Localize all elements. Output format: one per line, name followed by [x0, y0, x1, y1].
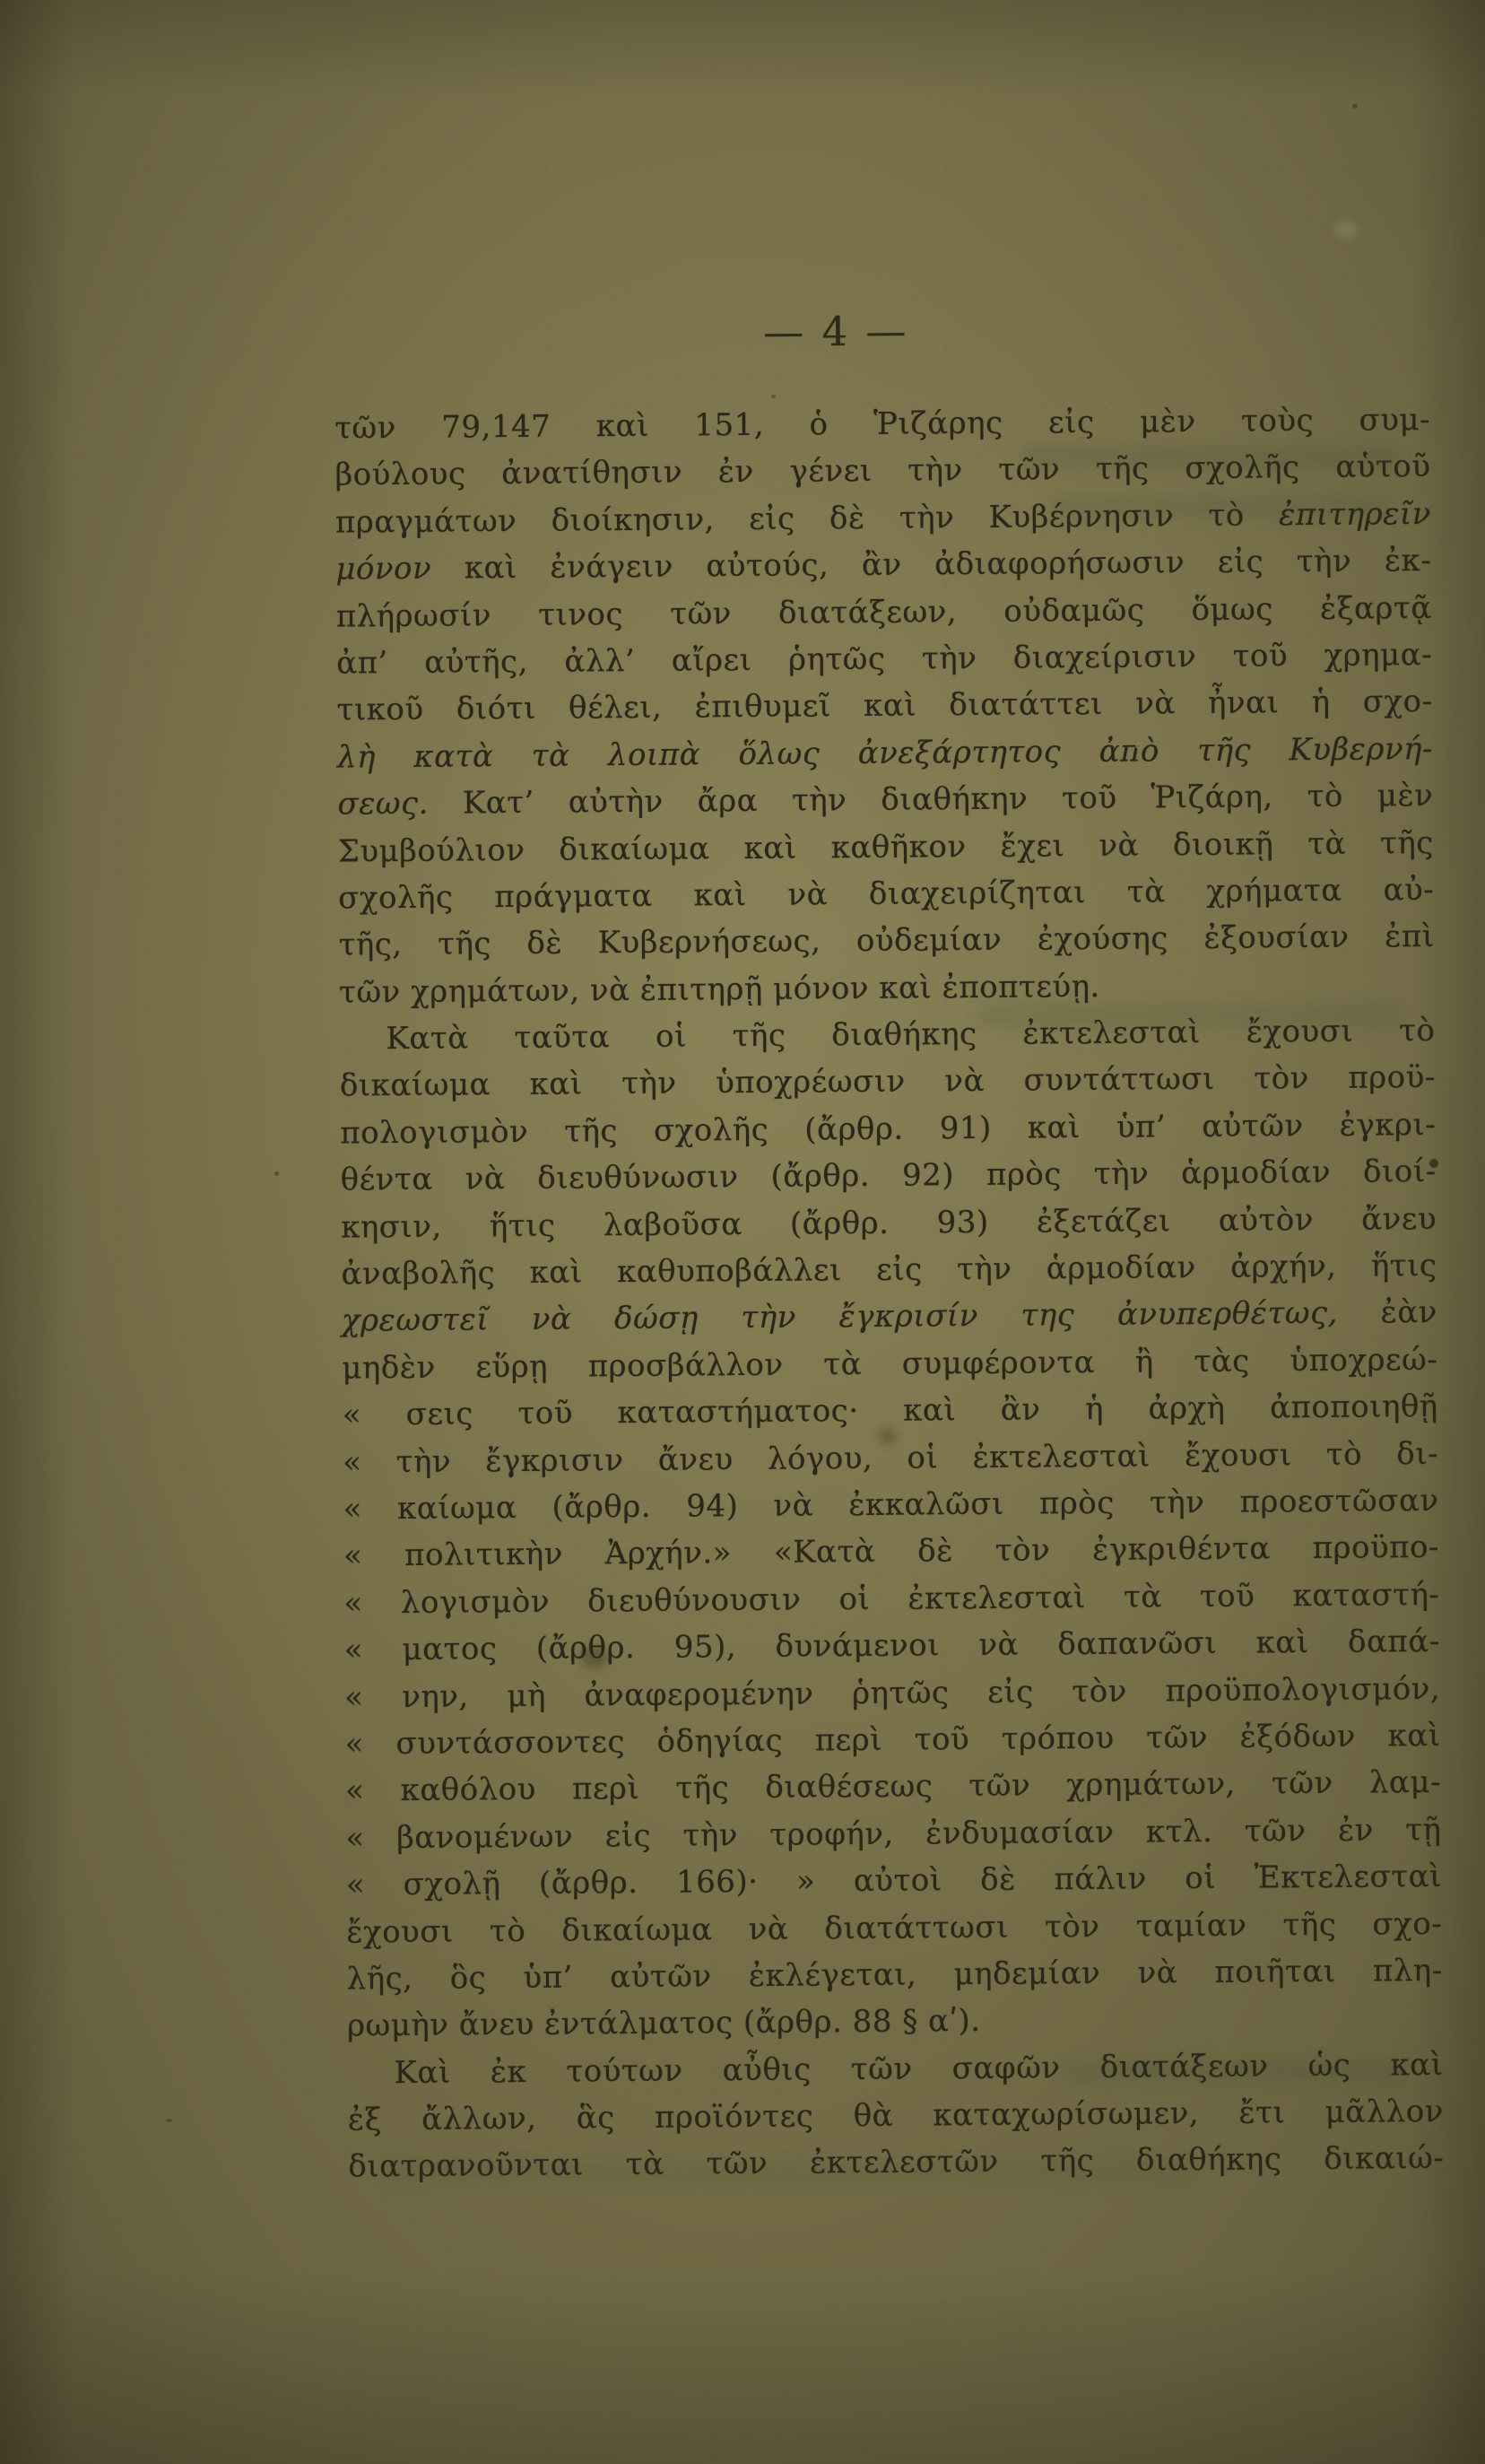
text-segment: ρωμὴν ἄνευ ἐντάλματος (ἄρθρ. 88 § αʹ). [347, 2003, 981, 2044]
text-segment: λῆς, ὃς ὑπ’ αὐτῶν ἐκλέγεται, μηδεμίαν νὰ… [347, 1953, 1443, 1998]
text-segment: Κατὰ ταῦτα οἱ τῆς διαθήκης ἐκτελεσταὶ ἔχ… [386, 1013, 1435, 1057]
text-line: πολογισμὸν τῆς σχολῆς (ἄρθρ. 91) καὶ ὑπ’… [340, 1101, 1436, 1157]
text-segment: θέντα νὰ διευθύνωσιν (ἄρθρ. 92) πρὸς τὴν… [341, 1154, 1437, 1198]
italic-text-segment: λὴ κατὰ τὰ λοιπὰ ὅλως ἀνεξάρτητος ἀπὸ τῆ… [337, 731, 1433, 776]
text-segment: πλήρωσίν τινος τῶν διατάξεων, οὐδαμῶς ὅμ… [336, 590, 1432, 635]
italic-text-segment: ἐπιτηρεῖν [1279, 496, 1431, 533]
text-line: « τὴν ἔγκρισιν ἄνευ λόγου, οἱ ἐκτελεσταὶ… [343, 1431, 1438, 1486]
body-text-block: τῶν 79,147 καὶ 151, ὁ Ῥιζάρης εἰς μὲν το… [334, 396, 1445, 2190]
text-segment: βούλους ἀνατίθησιν ἐν γένει τὴν τῶν τῆς … [334, 448, 1430, 493]
text-segment: « συντάσσοντες ὁδηγίας περὶ τοῦ τρόπου τ… [344, 1718, 1440, 1763]
text-line: ρωμὴν ἄνευ ἐντάλματος (ἄρθρ. 88 § αʹ). [347, 1994, 1443, 2050]
text-line: « σεις τοῦ καταστήματος· καὶ ἂν ἡ ἀρχὴ ἀ… [343, 1383, 1438, 1439]
text-line: « συντάσσοντες ὁδηγίας περὶ τοῦ τρόπου τ… [344, 1712, 1440, 1768]
text-segment: ἔχουσι τὸ δικαίωμα νὰ διατάττωσι τὸν ταμ… [346, 1905, 1442, 1950]
text-line: τικοῦ διότι θέλει, ἐπιθυμεῖ καὶ διατάττε… [336, 678, 1432, 734]
text-segment: ἀναβολῆς καὶ καθυποβάλλει εἰς τὴν ἁρμοδί… [341, 1248, 1437, 1293]
text-segment: ἐὰν [1338, 1294, 1437, 1331]
text-line: θέντα νὰ διευθύνωσιν (ἄρθρ. 92) πρὸς τὴν… [340, 1148, 1436, 1204]
text-line: ἀναβολῆς καὶ καθυποβάλλει εἰς τὴν ἁρμοδί… [341, 1242, 1437, 1298]
text-line: δικαίωμα καὶ τὴν ὑποχρέωσιν νὰ συντάττωσ… [340, 1054, 1436, 1110]
text-segment: « ματος (ἄρθρ. 95), δυνάμενοι νὰ δαπανῶσ… [344, 1624, 1440, 1668]
text-line: ἐξ ἄλλων, ἃς προϊόντες θὰ καταχωρίσωμεν,… [348, 2088, 1444, 2144]
text-line: τῶν χρημάτων, νὰ ἐπιτηρῇ μόνον καὶ ἐποπτ… [339, 961, 1435, 1016]
text-line: Συμβούλιον δικαίωμα καὶ καθῆκον ἔχει νὰ … [338, 819, 1434, 875]
text-line: κησιν, ἥτις λαβοῦσα (ἄρθρ. 93) ἐξετάζει … [341, 1196, 1437, 1251]
text-segment: ἀπ’ αὐτῆς, ἀλλ’ αἴρει ῥητῶς τὴν διαχείρι… [336, 637, 1432, 682]
text-line: σχολῆς πράγματα καὶ νὰ διαχειρίζηται τὰ … [338, 866, 1434, 922]
text-segment: κησιν, ἥτις λαβοῦσα (ἄρθρ. 93) ἐξετάζει … [341, 1201, 1437, 1246]
text-segment: ἐξ ἄλλων, ἃς προϊόντες θὰ καταχωρίσωμεν,… [348, 2094, 1444, 2138]
text-segment: Καὶ ἐκ τούτων αὖθις τῶν σαφῶν διατάξεων … [394, 2047, 1443, 2091]
text-line: « νην, μὴ ἀναφερομένην ῥητῶς εἰς τὸν προ… [344, 1665, 1440, 1720]
text-segment: « τὴν ἔγκρισιν ἄνευ λόγου, οἱ ἐκτελεσταὶ… [343, 1436, 1438, 1481]
text-line: « πολιτικὴν Ἀρχήν.» «Κατὰ δὲ τὸν ἐγκριθέ… [343, 1524, 1439, 1580]
text-line: « καίωμα (ἄρθρ. 94) νὰ ἐκκαλῶσι πρὸς τὴν… [343, 1477, 1438, 1533]
text-segment: « σχολῇ (ἄρθρ. 166)· » αὐτοὶ δὲ πάλιν οἱ… [346, 1859, 1442, 1903]
text-line: πραγμάτων διοίκησιν, εἰς δὲ τὴν Κυβέρνησ… [335, 491, 1431, 546]
text-line: πλήρωσίν τινος τῶν διατάξεων, οὐδαμῶς ὅμ… [336, 585, 1432, 640]
italic-text-segment: σεως. [337, 786, 429, 823]
text-line: μόνον καὶ ἐνάγειν αὐτούς, ἂν ἀδιαφορήσωσ… [335, 537, 1431, 593]
page-number: — 4 — [692, 307, 979, 357]
scanned-book-page: — 4 — τῶν 79,147 καὶ 151, ὁ Ῥιζάρης εἰς … [0, 0, 1485, 2464]
text-line: « λογισμὸν διευθύνουσιν οἱ ἐκτελεσταὶ τὰ… [343, 1572, 1439, 1627]
text-segment: μηδὲν εὕρῃ προσβάλλον τὰ συμφέροντα ἢ τὰ… [342, 1342, 1437, 1387]
text-line: σεως. Κατ’ αὐτὴν ἄρα τὴν διαθήκην τοῦ Ῥι… [337, 772, 1433, 828]
text-line: « σχολῇ (ἄρθρ. 166)· » αὐτοὶ δὲ πάλιν οἱ… [346, 1853, 1442, 1909]
text-segment: « πολιτικὴν Ἀρχήν.» «Κατὰ δὲ τὸν ἐγκριθέ… [343, 1529, 1439, 1574]
text-segment: Κατ’ αὐτὴν ἄρα τὴν διαθήκην τοῦ Ῥιζάρη, … [429, 778, 1434, 822]
text-segment: « σεις τοῦ καταστήματος· καὶ ἂν ἡ ἀρχὴ ἀ… [343, 1389, 1438, 1433]
text-segment: πολογισμὸν τῆς σχολῆς (ἄρθρ. 91) καὶ ὑπ’… [340, 1107, 1436, 1152]
text-line: τῆς, τῆς δὲ Κυβερνήσεως, οὐδεμίαν ἐχούση… [338, 913, 1434, 969]
text-segment: τῶν χρημάτων, νὰ ἐπιτηρῇ μόνον καὶ ἐποπτ… [339, 969, 1100, 1011]
text-segment: τῶν 79,147 καὶ 151, ὁ Ῥιζάρης εἰς μὲν το… [334, 402, 1430, 447]
text-segment: καὶ ἐνάγειν αὐτούς, ἂν ἀδιαφορήσωσιν εἰς… [431, 543, 1431, 587]
text-segment: πραγμάτων διοίκησιν, εἰς δὲ τὴν Κυβέρνησ… [335, 497, 1279, 540]
text-segment: « λογισμὸν διευθύνουσιν οἱ ἐκτελεσταὶ τὰ… [343, 1577, 1439, 1622]
page-content: — 4 — τῶν 79,147 καὶ 151, ὁ Ῥιζάρης εἰς … [0, 0, 1485, 2464]
text-line: « ματος (ἄρθρ. 95), δυνάμενοι νὰ δαπανῶσ… [344, 1618, 1440, 1674]
text-line: λὴ κατὰ τὰ λοιπὰ ὅλως ἀνεξάρτητος ἀπὸ τῆ… [337, 726, 1433, 781]
text-segment: « βανομένων εἰς τὴν τροφήν, ἐνδυμασίαν κ… [345, 1812, 1441, 1857]
text-line: ἔχουσι τὸ δικαίωμα νὰ διατάττωσι τὸν ταμ… [346, 1900, 1442, 1955]
text-line: ἀπ’ αὐτῆς, ἀλλ’ αἴρει ῥητῶς τὴν διαχείρι… [336, 631, 1432, 687]
text-segment: σχολῆς πράγματα καὶ νὰ διαχειρίζηται τὰ … [338, 872, 1434, 917]
text-line: χρεωστεῖ νὰ δώσῃ τὴν ἔγκρισίν της ἀνυπερ… [342, 1289, 1437, 1345]
text-segment: διατρανοῦνται τὰ τῶν ἐκτελεστῶν τῆς διαθ… [348, 2140, 1444, 2185]
text-line: « καθόλου περὶ τῆς διαθέσεως τῶν χρημάτω… [345, 1759, 1441, 1815]
text-line: λῆς, ὃς ὑπ’ αὐτῶν ἐκλέγεται, μηδεμίαν νὰ… [346, 1947, 1442, 2003]
text-segment: τικοῦ διότι θέλει, ἐπιθυμεῖ καὶ διατάττε… [336, 683, 1432, 728]
text-line: μηδὲν εὕρῃ προσβάλλον τὰ συμφέροντα ἢ τὰ… [342, 1336, 1437, 1392]
text-line: Κατὰ ταῦτα οἱ τῆς διαθήκης ἐκτελεσταὶ ἔχ… [339, 1007, 1435, 1063]
text-segment: « νην, μὴ ἀναφερομένην ῥητῶς εἰς τὸν προ… [344, 1670, 1440, 1715]
text-line: διατρανοῦνται τὰ τῶν ἐκτελεστῶν τῆς διαθ… [348, 2135, 1444, 2190]
italic-text-segment: μόνον [335, 551, 431, 588]
italic-text-segment: χρεωστεῖ νὰ δώσῃ τὴν ἔγκρισίν της ἀνυπερ… [342, 1295, 1338, 1339]
text-segment: « καίωμα (ἄρθρ. 94) νὰ ἐκκαλῶσι πρὸς τὴν… [343, 1483, 1438, 1528]
text-line: βούλους ἀνατίθησιν ἐν γένει τὴν τῶν τῆς … [334, 443, 1430, 499]
text-line: Καὶ ἐκ τούτων αὖθις τῶν σαφῶν διατάξεων … [347, 2042, 1443, 2097]
text-segment: Συμβούλιον δικαίωμα καὶ καθῆκον ἔχει νὰ … [338, 824, 1434, 869]
text-segment: δικαίωμα καὶ τὴν ὑποχρέωσιν νὰ συντάττωσ… [340, 1059, 1436, 1104]
text-segment: « καθόλου περὶ τῆς διαθέσεως τῶν χρημάτω… [345, 1764, 1441, 1809]
text-segment: τῆς, τῆς δὲ Κυβερνήσεως, οὐδεμίαν ἐχούση… [338, 919, 1434, 963]
text-line: « βανομένων εἰς τὴν τροφήν, ἐνδυμασίαν κ… [345, 1807, 1441, 1862]
text-line: τῶν 79,147 καὶ 151, ὁ Ῥιζάρης εἰς μὲν το… [334, 396, 1430, 452]
